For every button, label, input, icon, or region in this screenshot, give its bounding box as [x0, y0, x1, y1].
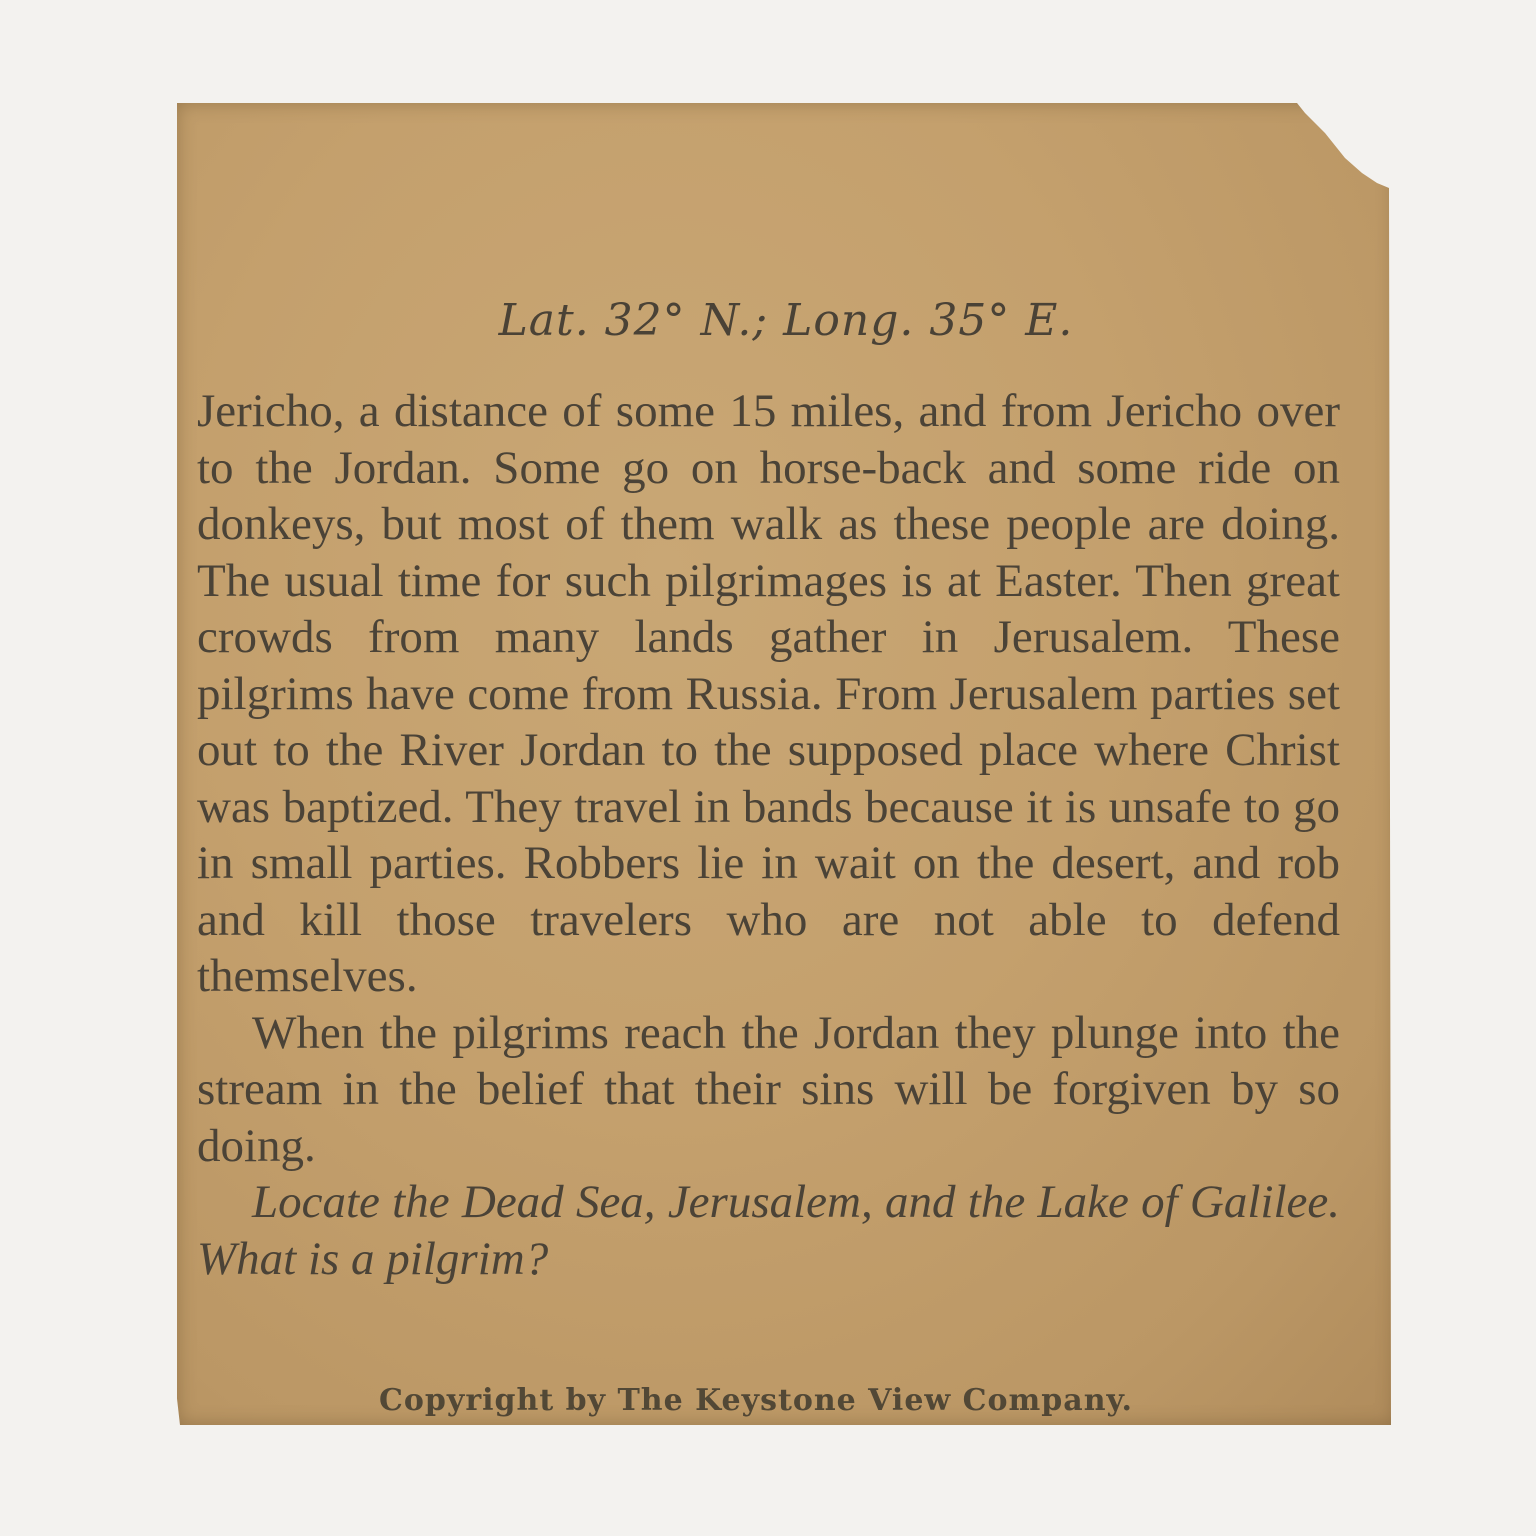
copyright-line: Copyright by The Keystone View Company. [177, 1383, 1395, 1418]
study-question: Locate the Dead Sea, Jerusalem, and the … [197, 1174, 1340, 1287]
coordinates-heading: Lat. 32° N.; Long. 35° E. [177, 295, 1395, 346]
body-text: Jericho, a distance of some 15 miles, an… [197, 383, 1340, 1287]
document-card: Lat. 32° N.; Long. 35° E. Jericho, a dis… [177, 103, 1395, 1425]
paragraph-1: Jericho, a distance of some 15 miles, an… [197, 383, 1340, 1005]
paragraph-2: When the pilgrims reach the Jordan they … [197, 1005, 1340, 1175]
